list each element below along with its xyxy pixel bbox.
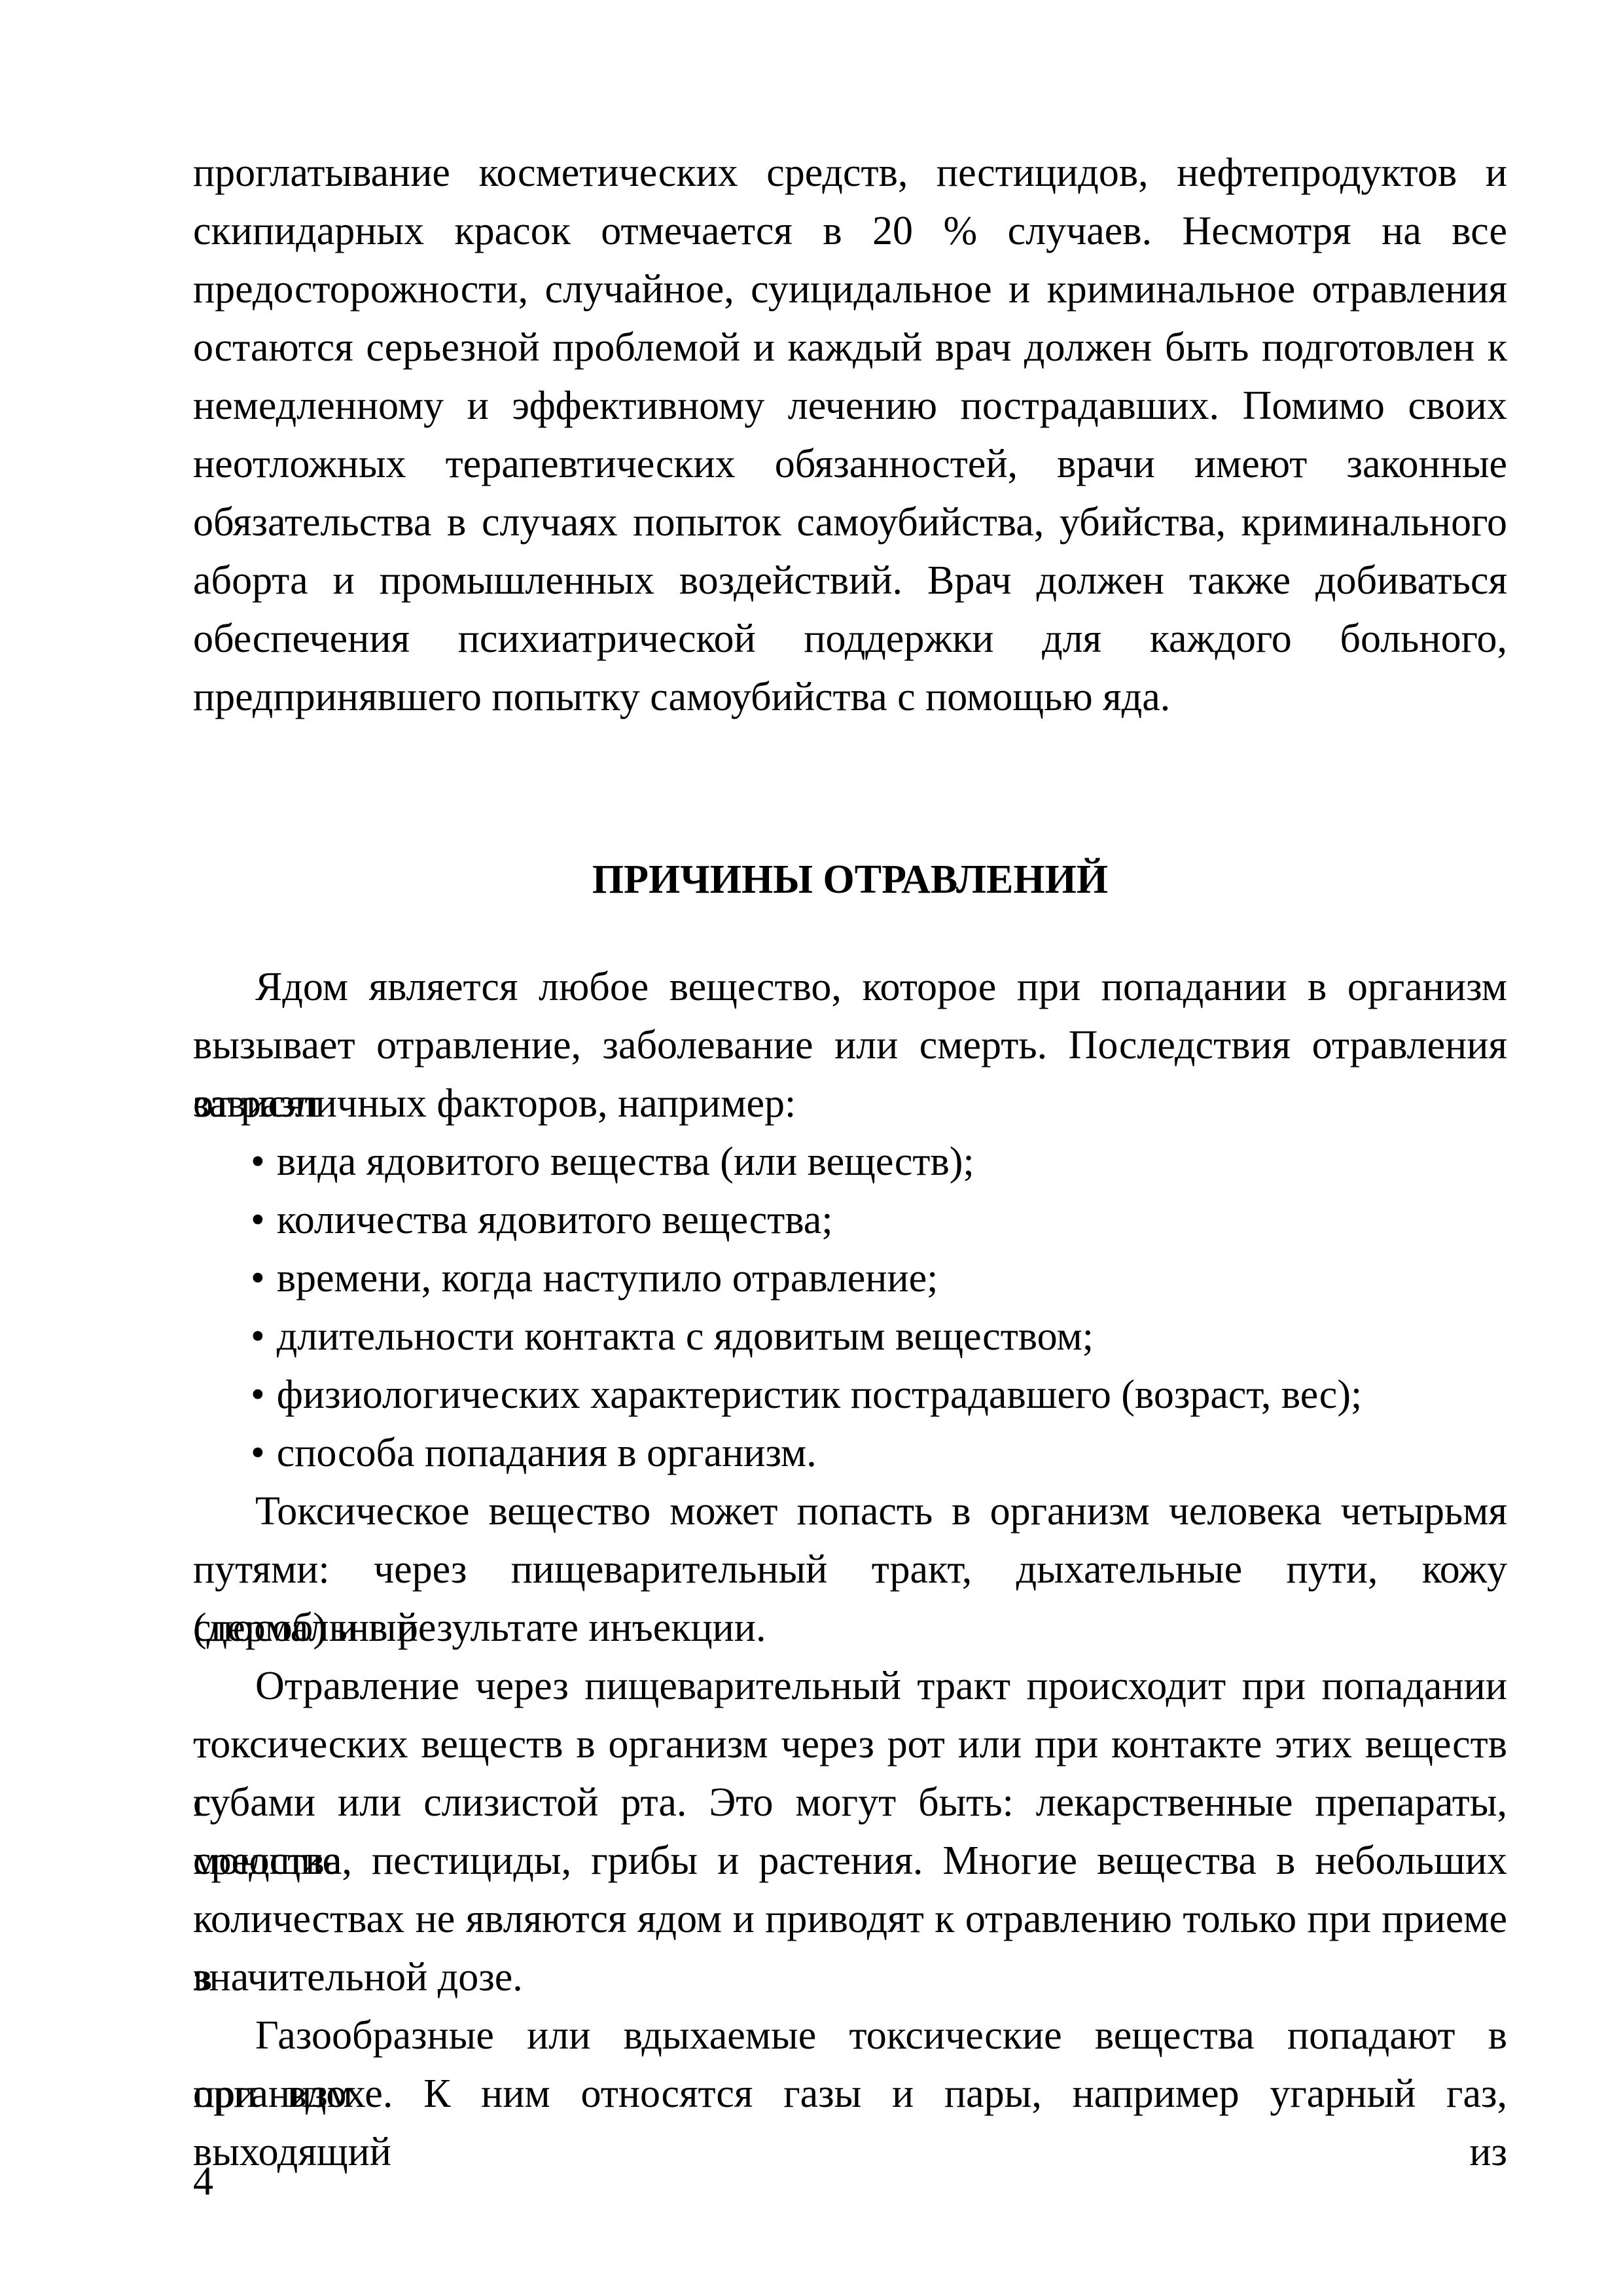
bullet-item-text: вида ядовитого вещества (или веществ); [277, 1139, 974, 1184]
text-line: средства, пестициды, грибы и растения. М… [193, 1832, 1507, 1890]
bullet-list-item: •количества ядовитого вещества; [193, 1191, 1507, 1249]
text-line: Ядом является любое вещество, которое пр… [193, 958, 1507, 1016]
text-line: Отравление через пищеварительный тракт п… [193, 1657, 1507, 1715]
bullet-item-text: способа попадания в организм. [277, 1431, 817, 1475]
bullet-list-item: •вида ядовитого вещества (или веществ); [193, 1133, 1507, 1191]
text-line: при вдохе. К ним относятся газы и пары, … [193, 2065, 1507, 2123]
bullet-item-text: длительности контакта с ядовитым веществ… [277, 1314, 1094, 1359]
bullet-icon: • [251, 1191, 265, 1249]
text-line: вызывает отравление, заболевание или сме… [193, 1016, 1507, 1075]
page-number: 4 [193, 2153, 213, 2211]
text-line: губами или слизистой рта. Это могут быть… [193, 1774, 1507, 1832]
bullet-list-item: •времени, когда наступило отравление; [193, 1249, 1507, 1308]
text-line: количествах не являются ядом и приводят … [193, 1890, 1507, 1948]
text-line: предосторожности, случайное, суицидально… [193, 260, 1507, 319]
text-line: обеспечения психиатрической поддержки дл… [193, 610, 1507, 668]
text-line: немедленному и эффективному лечению пост… [193, 377, 1507, 435]
bullet-item-text: физиологических характеристик пострадавш… [277, 1372, 1362, 1417]
text-line: аборта и промышленных воздействий. Врач … [193, 552, 1507, 610]
document-page: проглатывание косметических средств, пес… [0, 0, 1623, 2296]
text-line: неотложных терапевтических обязанностей,… [193, 435, 1507, 493]
text-line: значительной дозе. [193, 1948, 1507, 2007]
bullet-list: •вида ядовитого вещества (или веществ); … [193, 1133, 1507, 1482]
bullet-list-item: •способа попадания в организм. [193, 1424, 1507, 1482]
text-line: скипидарных красок отмечается в 20 % слу… [193, 202, 1507, 260]
text-line: остаются серьезной проблемой и каждый вр… [193, 319, 1507, 377]
bullet-list-item: •длительности контакта с ядовитым вещест… [193, 1308, 1507, 1366]
text-line: предпринявшего попытку самоубийства с по… [193, 668, 1507, 726]
text-line: Газообразные или вдыхаемые токсические в… [193, 2007, 1507, 2065]
paragraph: Отравление через пищеварительный тракт п… [193, 1657, 1507, 2007]
paragraph: Ядом является любое вещество, которое пр… [193, 958, 1507, 1133]
bullet-icon: • [251, 1424, 265, 1482]
text-line: путями: через пищеварительный тракт, дых… [193, 1541, 1507, 1599]
text-line: Токсическое вещество может попасть в орг… [193, 1482, 1507, 1541]
text-line: проглатывание косметических средств, пес… [193, 144, 1507, 202]
text-line: способ) и в результате инъекции. [193, 1599, 1507, 1657]
paragraph: Токсическое вещество может попасть в орг… [193, 1482, 1507, 1657]
paragraph-continues-next-page: Газообразные или вдыхаемые токсические в… [193, 2007, 1507, 2123]
text-line: от различных факторов, например: [193, 1075, 1507, 1133]
bullet-icon: • [251, 1249, 265, 1308]
bullet-icon: • [251, 1308, 265, 1366]
paragraph-continued: проглатывание косметических средств, пес… [193, 144, 1507, 726]
bullet-item-text: времени, когда наступило отравление; [277, 1256, 938, 1300]
bullet-list-item: •физиологических характеристик пострадав… [193, 1366, 1507, 1424]
text-line: обязательства в случаях попыток самоубий… [193, 493, 1507, 552]
section-heading: ПРИЧИНЫ ОТРАВЛЕНИЙ [193, 851, 1507, 909]
bullet-icon: • [251, 1133, 265, 1191]
bullet-icon: • [251, 1366, 265, 1424]
bullet-item-text: количества ядовитого вещества; [277, 1198, 833, 1242]
text-line: токсических веществ в организм через рот… [193, 1715, 1507, 1774]
